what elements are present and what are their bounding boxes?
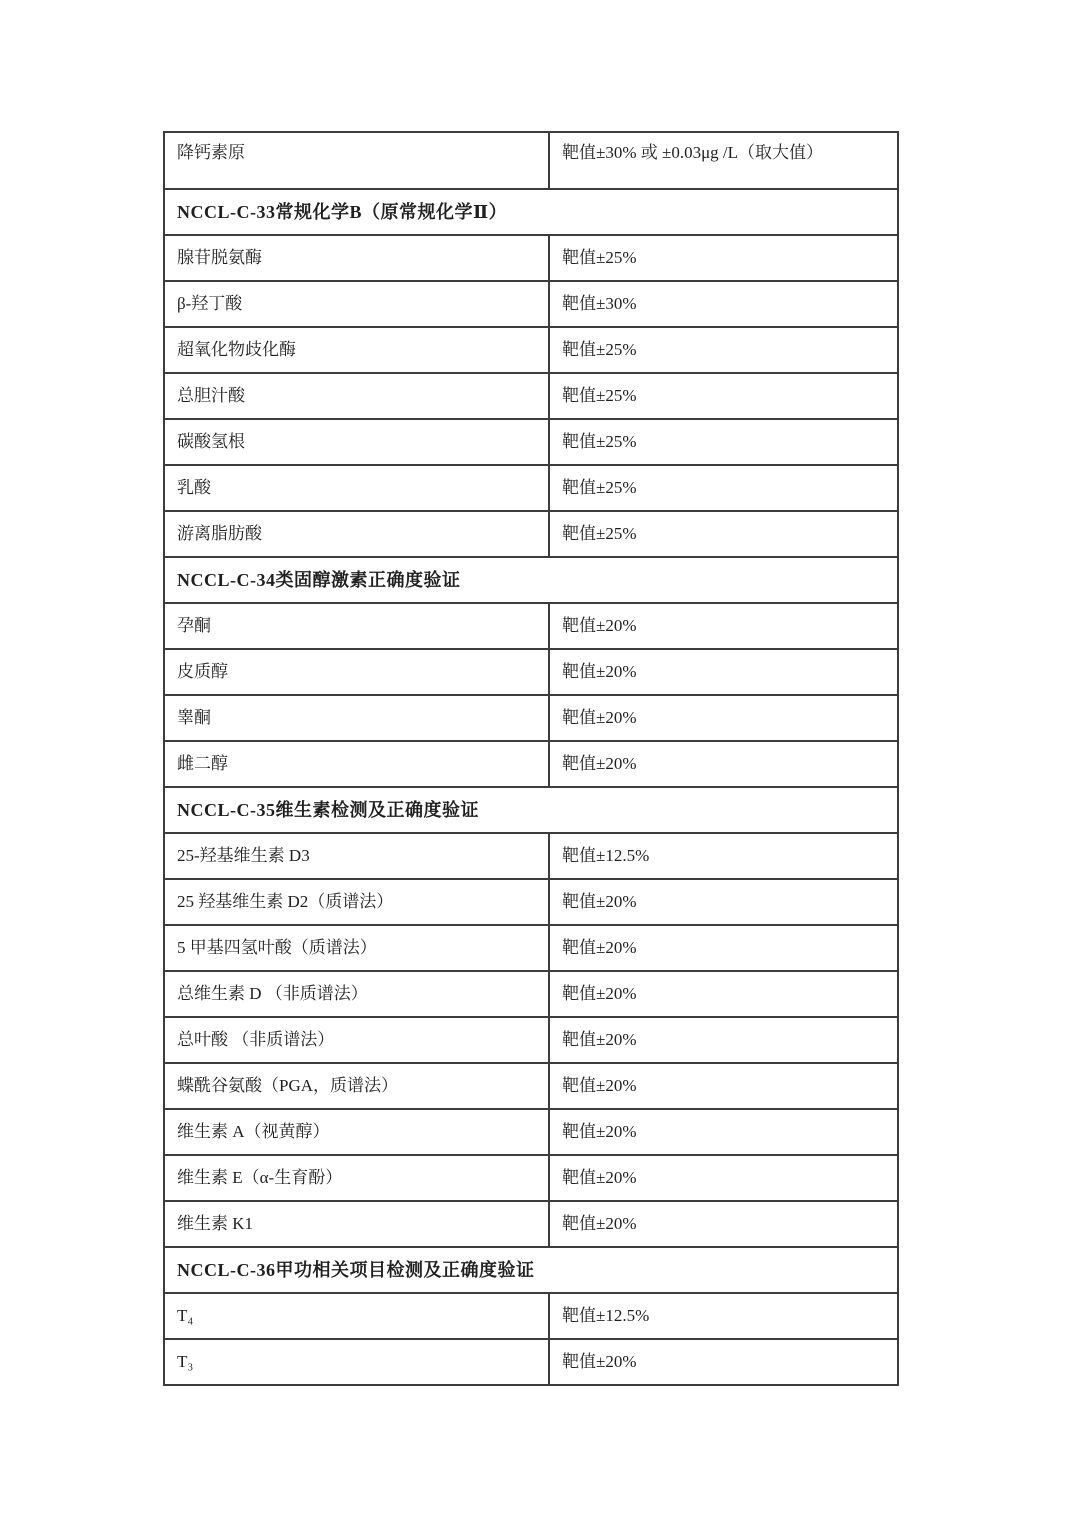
table-row: 孕酮靶值±20% xyxy=(164,603,898,649)
table-row: 睾酮靶值±20% xyxy=(164,695,898,741)
item-cell: 超氧化物歧化酶 xyxy=(164,327,549,373)
item-cell: 维生素 A（视黄醇） xyxy=(164,1109,549,1155)
section-row: NCCL-C-35维生素检测及正确度验证 xyxy=(164,787,898,833)
table-row: T₃靶值±20% xyxy=(164,1339,898,1385)
value-cell: 靶值±20% xyxy=(549,1063,898,1109)
value-cell: 靶值±25% xyxy=(549,419,898,465)
value-cell: 靶值±20% xyxy=(549,879,898,925)
qc-criteria-table: 降钙素原靶值±30% 或 ±0.03μg /L（取大值）NCCL-C-33常规化… xyxy=(163,131,899,1386)
item-cell: T₃ xyxy=(164,1339,549,1385)
value-cell: 靶值±20% xyxy=(549,1201,898,1247)
item-cell: 总叶酸 （非质谱法） xyxy=(164,1017,549,1063)
document-page: 降钙素原靶值±30% 或 ±0.03μg /L（取大值）NCCL-C-33常规化… xyxy=(0,0,1080,1527)
section-row: NCCL-C-36甲功相关项目检测及正确度验证 xyxy=(164,1247,898,1293)
section-row: NCCL-C-34类固醇激素正确度验证 xyxy=(164,557,898,603)
section-label: NCCL-C-33常规化学B（原常规化学Ⅱ） xyxy=(164,189,898,235)
section-label: NCCL-C-34类固醇激素正确度验证 xyxy=(164,557,898,603)
item-cell: 皮质醇 xyxy=(164,649,549,695)
section-label: NCCL-C-35维生素检测及正确度验证 xyxy=(164,787,898,833)
item-cell: 蝶酰谷氨酸（PGA，质谱法） xyxy=(164,1063,549,1109)
table-row: 维生素 E（α-生育酚）靶值±20% xyxy=(164,1155,898,1201)
value-cell: 靶值±20% xyxy=(549,1155,898,1201)
table-row: 皮质醇靶值±20% xyxy=(164,649,898,695)
table-row: T₄靶值±12.5% xyxy=(164,1293,898,1339)
table-row: 总胆汁酸靶值±25% xyxy=(164,373,898,419)
item-cell: 降钙素原 xyxy=(164,132,549,189)
table-row: β-羟丁酸靶值±30% xyxy=(164,281,898,327)
item-cell: 25 羟基维生素 D2（质谱法） xyxy=(164,879,549,925)
item-cell: 雌二醇 xyxy=(164,741,549,787)
value-cell: 靶值±25% xyxy=(549,327,898,373)
table-row: 总维生素 D （非质谱法）靶值±20% xyxy=(164,971,898,1017)
item-cell: 乳酸 xyxy=(164,465,549,511)
section-label: NCCL-C-36甲功相关项目检测及正确度验证 xyxy=(164,1247,898,1293)
value-cell: 靶值±20% xyxy=(549,1017,898,1063)
table-row: 5 甲基四氢叶酸（质谱法）靶值±20% xyxy=(164,925,898,971)
table-row: 超氧化物歧化酶靶值±25% xyxy=(164,327,898,373)
value-cell: 靶值±30% 或 ±0.03μg /L（取大值） xyxy=(549,132,898,189)
value-cell: 靶值±20% xyxy=(549,603,898,649)
value-cell: 靶值±25% xyxy=(549,373,898,419)
value-cell: 靶值±20% xyxy=(549,741,898,787)
item-cell: β-羟丁酸 xyxy=(164,281,549,327)
section-row: NCCL-C-33常规化学B（原常规化学Ⅱ） xyxy=(164,189,898,235)
item-cell: 维生素 E（α-生育酚） xyxy=(164,1155,549,1201)
table-row: 腺苷脱氨酶靶值±25% xyxy=(164,235,898,281)
value-cell: 靶值±12.5% xyxy=(549,1293,898,1339)
value-cell: 靶值±30% xyxy=(549,281,898,327)
value-cell: 靶值±20% xyxy=(549,649,898,695)
item-cell: 碳酸氢根 xyxy=(164,419,549,465)
item-cell: 总维生素 D （非质谱法） xyxy=(164,971,549,1017)
value-cell: 靶值±25% xyxy=(549,235,898,281)
table-row: 雌二醇靶值±20% xyxy=(164,741,898,787)
value-cell: 靶值±20% xyxy=(549,925,898,971)
item-cell: 腺苷脱氨酶 xyxy=(164,235,549,281)
table-row: 降钙素原靶值±30% 或 ±0.03μg /L（取大值） xyxy=(164,132,898,189)
qc-table-body: 降钙素原靶值±30% 或 ±0.03μg /L（取大值）NCCL-C-33常规化… xyxy=(164,132,898,1385)
table-row: 碳酸氢根靶值±25% xyxy=(164,419,898,465)
value-cell: 靶值±20% xyxy=(549,1339,898,1385)
item-cell: 25-羟基维生素 D3 xyxy=(164,833,549,879)
table-row: 乳酸靶值±25% xyxy=(164,465,898,511)
table-row: 维生素 K1靶值±20% xyxy=(164,1201,898,1247)
table-row: 总叶酸 （非质谱法）靶值±20% xyxy=(164,1017,898,1063)
table-row: 25 羟基维生素 D2（质谱法）靶值±20% xyxy=(164,879,898,925)
value-cell: 靶值±25% xyxy=(549,465,898,511)
value-cell: 靶值±20% xyxy=(549,1109,898,1155)
table-row: 25-羟基维生素 D3靶值±12.5% xyxy=(164,833,898,879)
item-cell: T₄ xyxy=(164,1293,549,1339)
item-cell: 维生素 K1 xyxy=(164,1201,549,1247)
item-cell: 总胆汁酸 xyxy=(164,373,549,419)
item-cell: 睾酮 xyxy=(164,695,549,741)
item-cell: 孕酮 xyxy=(164,603,549,649)
value-cell: 靶值±20% xyxy=(549,971,898,1017)
value-cell: 靶值±12.5% xyxy=(549,833,898,879)
table-row: 维生素 A（视黄醇）靶值±20% xyxy=(164,1109,898,1155)
table-row: 游离脂肪酸靶值±25% xyxy=(164,511,898,557)
item-cell: 游离脂肪酸 xyxy=(164,511,549,557)
value-cell: 靶值±20% xyxy=(549,695,898,741)
table-row: 蝶酰谷氨酸（PGA，质谱法）靶值±20% xyxy=(164,1063,898,1109)
value-cell: 靶值±25% xyxy=(549,511,898,557)
item-cell: 5 甲基四氢叶酸（质谱法） xyxy=(164,925,549,971)
